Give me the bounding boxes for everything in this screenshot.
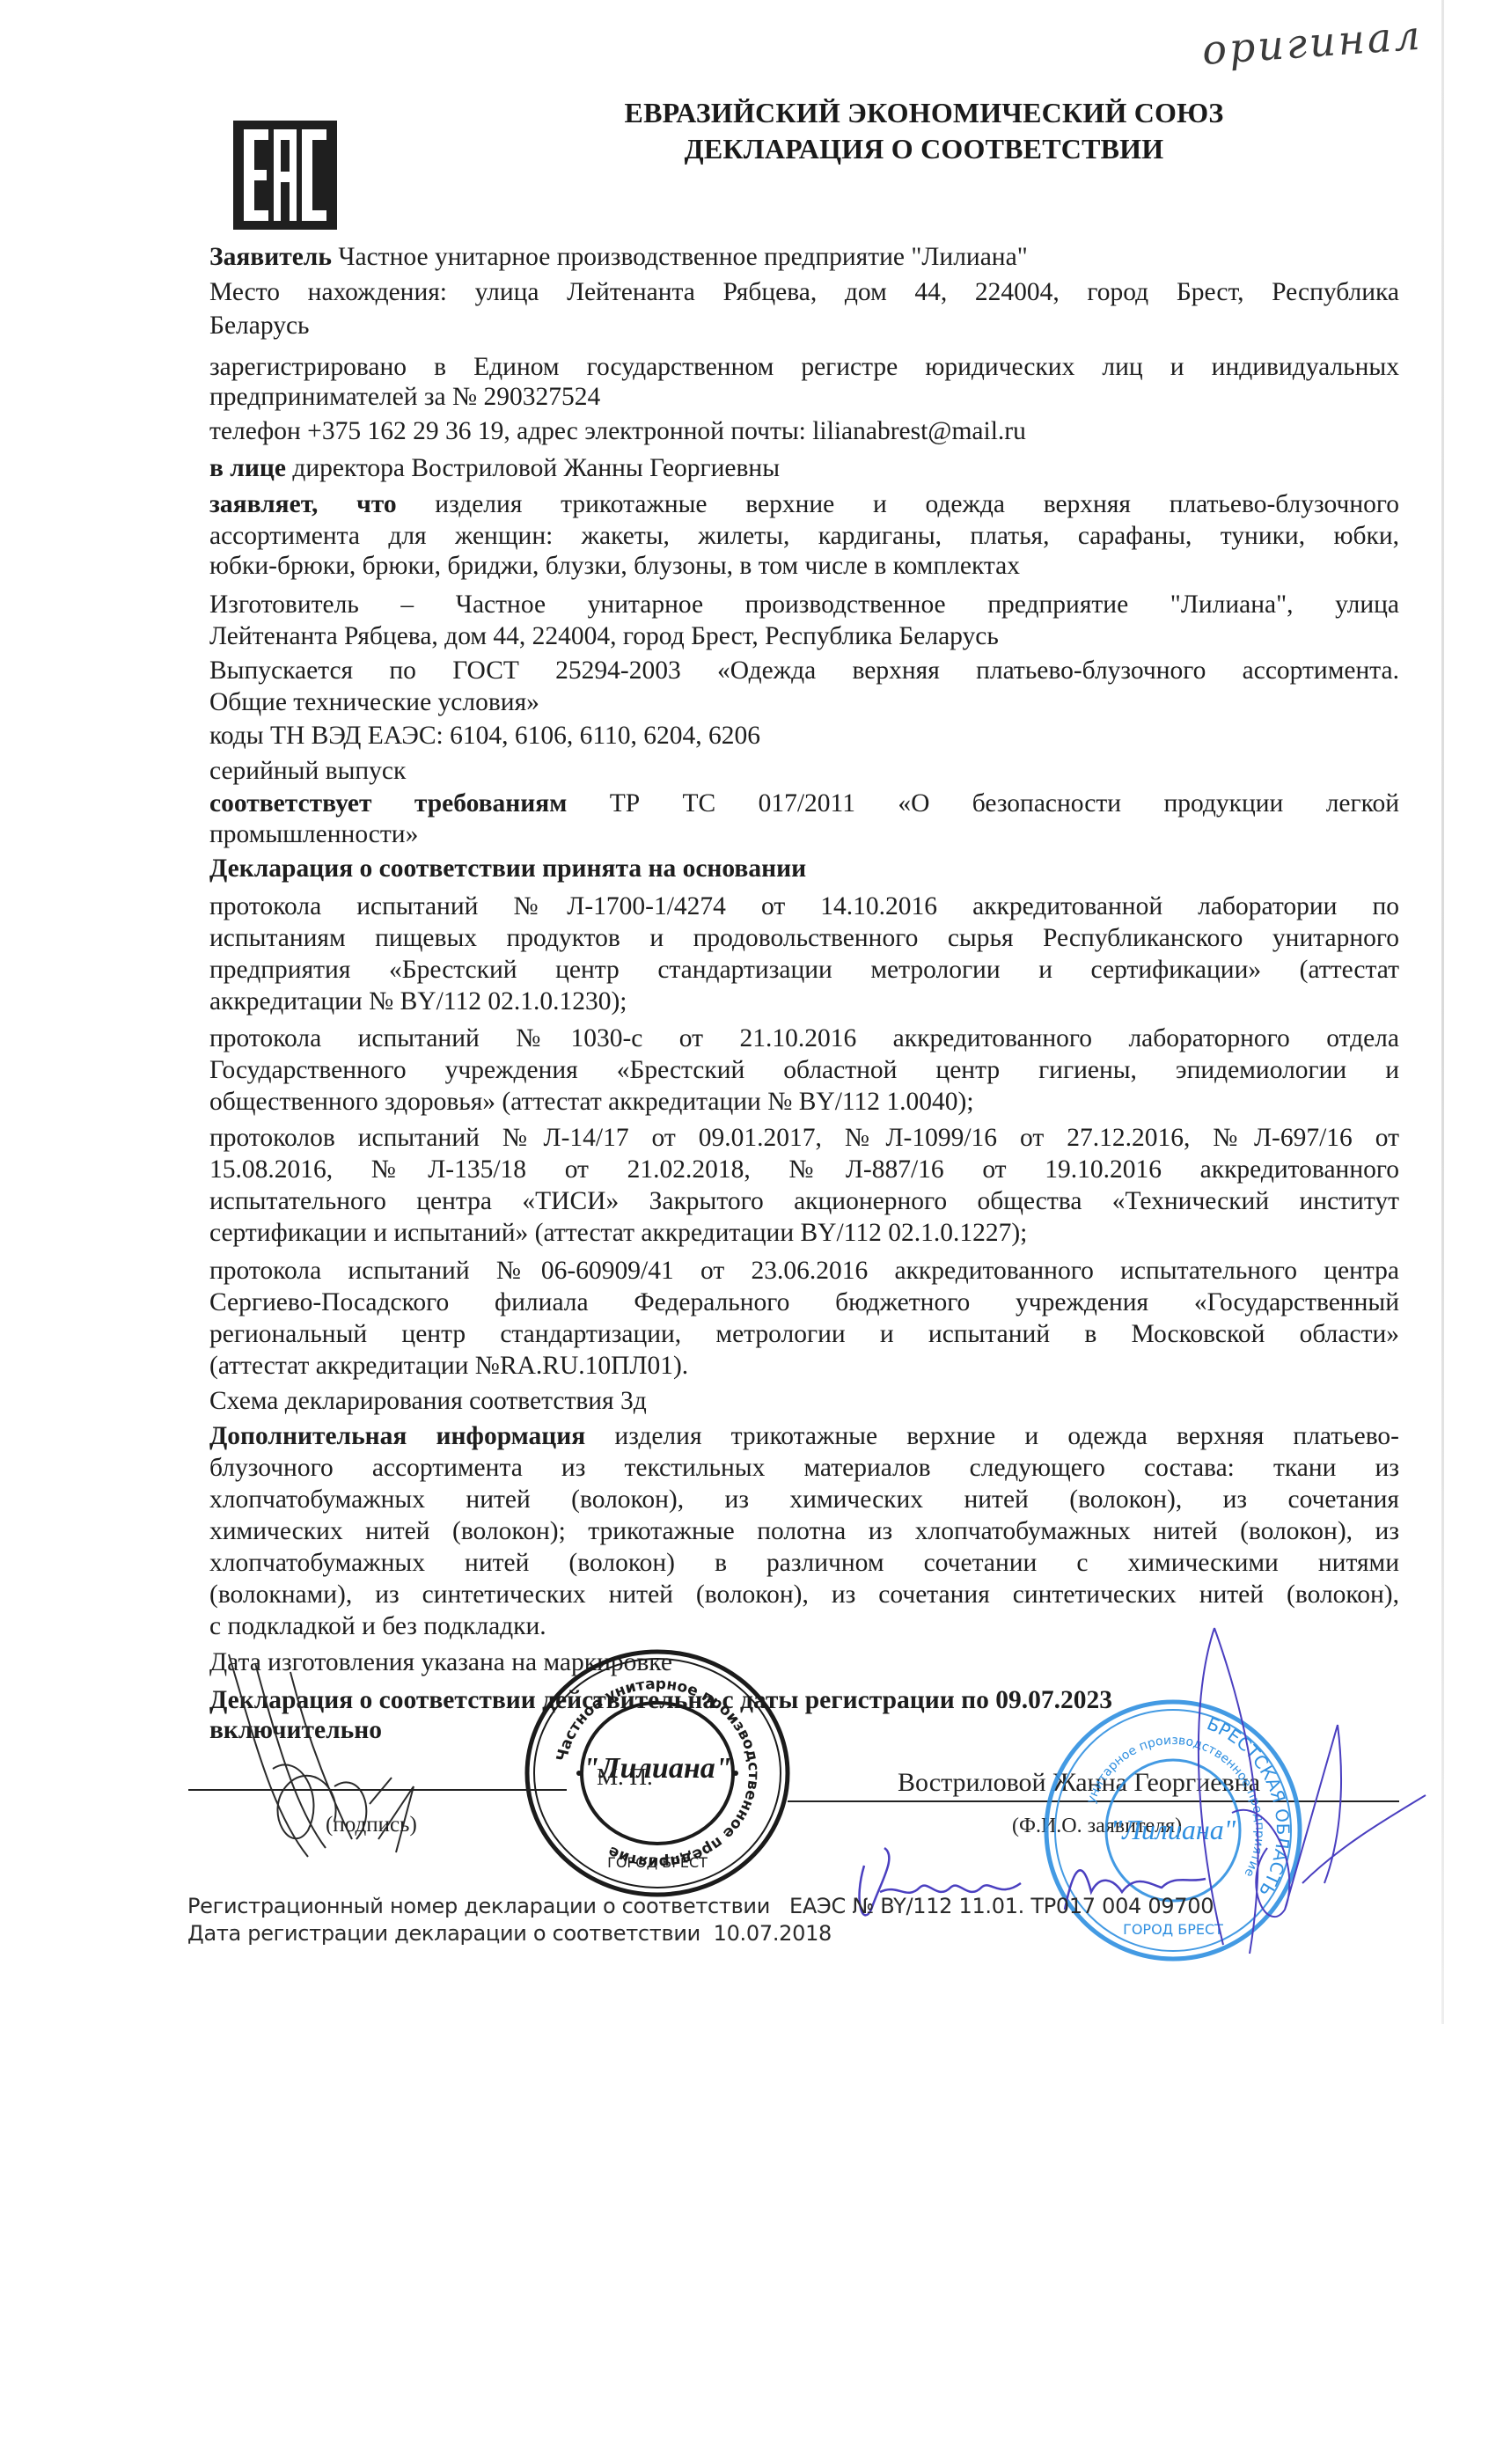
seal-placeholder-label: М. П. (597, 1764, 653, 1791)
body-line: протоколов испытаний №Л-14/17 от 09.01.2… (209, 1123, 1399, 1153)
body-line: серийный выпуск (209, 756, 1399, 786)
body-text: (волокнами), из синтетических нитей (вол… (209, 1580, 1399, 1609)
body-text: (аттестат аккредитации №RA.RU.10ПЛ01). (209, 1352, 688, 1380)
body-line: протокола испытаний №Л-1700-1/4274 от 14… (209, 891, 1399, 921)
body-text: Место нахождения: улица Лейтенанта Рябце… (209, 278, 1399, 306)
signature-line (188, 1789, 567, 1791)
registration-number-label: Регистрационный номер декларации о соотв… (187, 1894, 770, 1918)
body-text: Выпускается по ГОСТ 25294-2003 «Одежда в… (209, 656, 1399, 685)
body-line: предприятия «Брестский центр стандартиза… (209, 955, 1399, 985)
bold-term: заявляет, что (209, 490, 397, 518)
body-line: Декларация о соответствии принята на осн… (209, 854, 1399, 884)
body-text: Частное унитарное производственное предп… (332, 243, 1028, 271)
body-text: юбки-брюки, брюки, бриджи, блузки, блузо… (209, 552, 1020, 580)
body-text: Беларусь (209, 312, 310, 340)
eac-logo (233, 121, 337, 230)
title-union: ЕВРАЗИЙСКИЙ ЭКОНОМИЧЕСКИЙ СОЮЗ (493, 97, 1355, 129)
body-line: юбки-брюки, брюки, бриджи, блузки, блузо… (209, 551, 1399, 581)
body-line: коды ТН ВЭД ЕАЭС: 6104, 6106, 6110, 6204… (209, 721, 1399, 751)
body-line: 15.08.2016, №Л-135/18 от 21.02.2018, №Л-… (209, 1155, 1399, 1184)
body-line: Дополнительная информация изделия трикот… (209, 1421, 1399, 1451)
bold-term: соответствует требованиям (209, 789, 567, 818)
body-text: предприятия «Брестский центр стандартиза… (209, 956, 1399, 984)
body-text: предпринимателей за № 290327524 (209, 383, 600, 411)
body-line: химических нитей (волокон); трикотажные … (209, 1516, 1399, 1546)
body-text: телефон +375 162 29 36 19, адрес электро… (209, 417, 1026, 445)
body-text: сертификации и испытаний» (аттестат аккр… (209, 1219, 1027, 1247)
body-text: региональный центр стандартизации, метро… (209, 1320, 1399, 1348)
body-line: предпринимателей за № 290327524 (209, 382, 1399, 412)
title-declaration: ДЕКЛАРАЦИЯ О СООТВЕТСТВИИ (493, 133, 1355, 165)
bold-term: Дополнительная информация (209, 1422, 585, 1450)
bold-term: в лице (209, 454, 286, 482)
body-text: Лейтенанта Рябцева, дом 44, 224004, горо… (209, 622, 999, 650)
body-line: Место нахождения: улица Лейтенанта Рябце… (209, 277, 1399, 307)
body-line: Лейтенанта Рябцева, дом 44, 224004, горо… (209, 621, 1399, 651)
body-line: телефон +375 162 29 36 19, адрес электро… (209, 416, 1399, 446)
registration-number-value: ЕАЭС № BY/112 11.01. ТР017 004 09700 (789, 1894, 1214, 1918)
body-line: испытательного центра «ТИСИ» Закрытого а… (209, 1186, 1399, 1216)
body-line: (волокнами), из синтетических нитей (вол… (209, 1580, 1399, 1610)
body-line: общественного здоровья» (аттестат аккред… (209, 1087, 1399, 1117)
svg-text:ГОРОД БРЕСТ: ГОРОД БРЕСТ (607, 1854, 708, 1871)
bold-term: Декларация о соответствии принята на осн… (209, 854, 806, 883)
body-line: сертификации и испытаний» (аттестат аккр… (209, 1218, 1399, 1248)
body-text: директора Востриловой Жанны Георгиевны (286, 454, 780, 482)
body-text: испытаниям пищевых продуктов и продоволь… (209, 924, 1399, 952)
body-line: Выпускается по ГОСТ 25294-2003 «Одежда в… (209, 656, 1399, 686)
body-line: Заявитель Частное унитарное производстве… (209, 242, 1399, 272)
body-text: протоколов испытаний №Л-14/17 от 09.01.2… (209, 1124, 1399, 1152)
registration-number-row: Регистрационный номер декларации о соотв… (187, 1894, 1214, 1918)
body-text: Общие технические условия» (209, 688, 539, 716)
body-line: (аттестат аккредитации №RA.RU.10ПЛ01). (209, 1351, 1399, 1381)
body-line: Беларусь (209, 311, 1399, 341)
body-line: заявляет, что изделия трикотажные верхни… (209, 489, 1399, 519)
body-line: протокола испытаний №1030-с от 21.10.201… (209, 1023, 1399, 1053)
body-text: коды ТН ВЭД ЕАЭС: 6104, 6106, 6110, 6204… (209, 722, 760, 750)
body-text: серийный выпуск (209, 757, 406, 785)
body-line: Схема декларирования соответствия 3д (209, 1386, 1399, 1416)
registration-date-row: Дата регистрации декларации о соответств… (187, 1921, 832, 1946)
body-line: блузочного ассортимента из текстильных м… (209, 1453, 1399, 1483)
body-line: Изготовитель – Частное унитарное произво… (209, 590, 1399, 620)
body-line: зарегистрировано в Едином государственно… (209, 352, 1399, 382)
body-text: протокола испытаний №Л-1700-1/4274 от 14… (209, 892, 1399, 920)
body-line: хлопчатобумажных нитей (волокон) в разли… (209, 1548, 1399, 1578)
body-text: 15.08.2016, №Л-135/18 от 21.02.2018, №Л-… (209, 1155, 1399, 1184)
body-line: аккредитации № BY/112 02.1.0.1230); (209, 986, 1399, 1016)
body-line: промышленности» (209, 819, 1399, 849)
registration-date-label: Дата регистрации декларации о соответств… (187, 1921, 700, 1946)
body-text: ассортимента для женщин: жакеты, жилеты,… (209, 522, 1399, 550)
body-line: Общие технические условия» (209, 687, 1399, 717)
body-text: промышленности» (209, 820, 418, 848)
body-text: испытательного центра «ТИСИ» Закрытого а… (209, 1187, 1399, 1215)
body-text: хлопчатобумажных нитей (волокон) в разли… (209, 1549, 1399, 1577)
body-text: протокола испытаний №06-60909/41 от 23.0… (209, 1257, 1399, 1285)
bold-term: Заявитель (209, 243, 332, 271)
body-line: в лице директора Востриловой Жанны Георг… (209, 453, 1399, 483)
body-text: хлопчатобумажных нитей (волокон), из хим… (209, 1485, 1399, 1514)
body-line: испытаниям пищевых продуктов и продоволь… (209, 923, 1399, 953)
handwritten-signature-ink (845, 1619, 1443, 1971)
handwritten-signature-left (202, 1637, 431, 1874)
handwritten-note-original: оригинал (1200, 11, 1424, 74)
body-line: хлопчатобумажных нитей (волокон), из хим… (209, 1485, 1399, 1514)
body-line: Государственного учреждения «Брестский о… (209, 1055, 1399, 1085)
body-text: блузочного ассортимента из текстильных м… (209, 1454, 1399, 1482)
body-text: Схема декларирования соответствия 3д (209, 1387, 647, 1415)
body-text: изделия трикотажные верхние и одежда вер… (397, 490, 1399, 518)
body-text: протокола испытаний №1030-с от 21.10.201… (209, 1024, 1399, 1052)
registration-date-value: 10.07.2018 (714, 1921, 832, 1946)
body-text: ТР ТС 017/2011 «О безопасности продукции… (567, 789, 1399, 818)
body-text: изделия трикотажные верхние и одежда вер… (585, 1422, 1399, 1450)
body-text: химических нитей (волокон); трикотажные … (209, 1517, 1399, 1545)
body-text: Сергиево-Посадского филиала Федерального… (209, 1288, 1399, 1316)
company-seal-stamp: Частное унитарное производственное предп… (521, 1646, 794, 1901)
body-line: соответствует требованиям ТР ТС 017/2011… (209, 788, 1399, 818)
body-line: ассортимента для женщин: жакеты, жилеты,… (209, 521, 1399, 551)
eac-mark-icon (233, 121, 337, 230)
body-line: региональный центр стандартизации, метро… (209, 1319, 1399, 1349)
body-line: протокола испытаний №06-60909/41 от 23.0… (209, 1256, 1399, 1286)
body-text: аккредитации № BY/112 02.1.0.1230); (209, 987, 627, 1016)
body-line: Сергиево-Посадского филиала Федерального… (209, 1287, 1399, 1317)
signature-caption: (подпись) (326, 1813, 417, 1837)
body-text: Изготовитель – Частное унитарное произво… (209, 590, 1399, 619)
body-text: общественного здоровья» (аттестат аккред… (209, 1088, 974, 1116)
body-text: зарегистрировано в Едином государственно… (209, 353, 1399, 381)
body-text: Государственного учреждения «Брестский о… (209, 1056, 1399, 1084)
